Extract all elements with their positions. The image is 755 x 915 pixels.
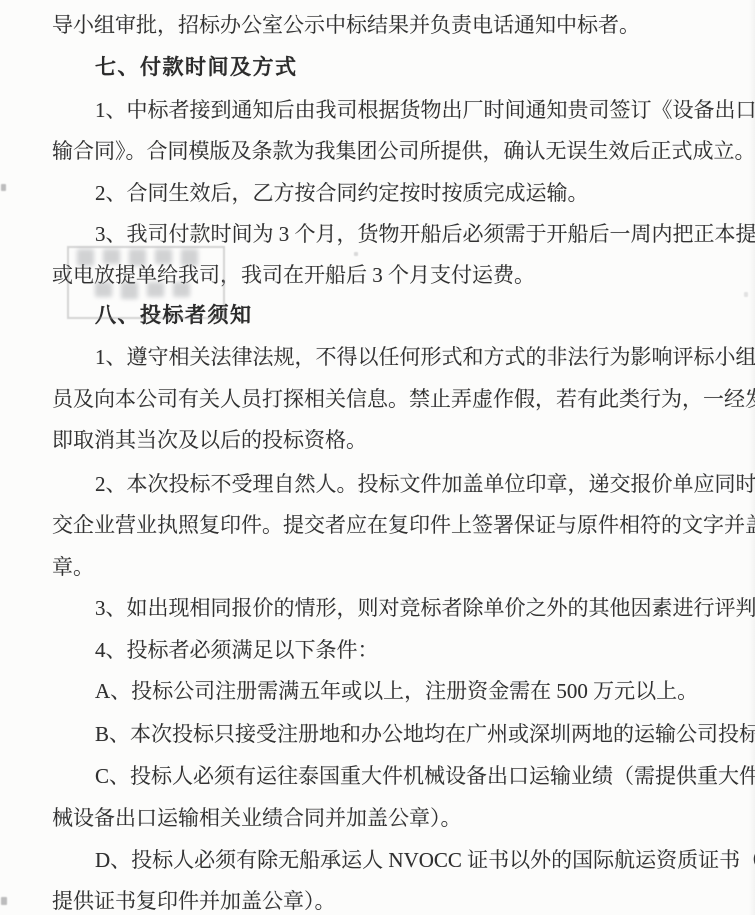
stamp-mark-row xyxy=(77,249,198,266)
document-line: 交企业营业执照复印件。提交者应在复印件上签署保证与原件相符的文字并盖公 xyxy=(52,512,755,538)
document-line: 提供证书复印件并加盖公章）。 xyxy=(52,888,336,914)
document-line: B、本次投标只接受注册地和办公地均在广州或深圳两地的运输公司投标。 xyxy=(95,721,755,747)
document-line: 章。 xyxy=(52,554,94,580)
document-line: 械设备出口运输相关业绩合同并加盖公章）。 xyxy=(52,805,462,831)
faint-stamp-overlay xyxy=(67,246,225,319)
document-line: 4、投标者必须满足以下条件： xyxy=(95,637,379,663)
document-line: 员及向本公司有关人员打探相关信息。禁止弄虚作假，若有此类行为，一经发现， xyxy=(52,386,755,412)
document-line: 2、合同生效后，乙方按合同约定按时按质完成运输。 xyxy=(95,180,589,206)
document-line: 导小组审批，招标办公室公示中标结果并负责电话通知中标者。 xyxy=(52,12,640,38)
document-line: 3、如出现相同报价的情形，则对竞标者除单价之外的其他因素进行评判。 xyxy=(95,595,755,621)
document-line: D、投标人必须有除无船承运人 NVOCC 证书以外的国际航运资质证书（需 xyxy=(95,847,755,873)
section-heading-payment: 七、付款时间及方式 xyxy=(95,55,298,81)
document-page: 导小组审批，招标办公室公示中标结果并负责电话通知中标者。 七、付款时间及方式 1… xyxy=(0,0,755,915)
scan-speck xyxy=(1,184,6,191)
document-line: C、投标人必须有运往泰国重大件机械设备出口运输业绩（需提供重大件机 xyxy=(95,763,755,789)
document-line: 即取消其当次及以后的投标资格。 xyxy=(52,427,367,453)
document-line: 输合同》。合同模版及条款为我集团公司所提供，确认无误生效后正式成立。 xyxy=(52,138,755,164)
document-line: 1、遵守相关法律法规，不得以任何形式和方式的非法行为影响评标小组成 xyxy=(95,344,755,370)
document-line: 2、本次投标不受理自然人。投标文件加盖单位印章，递交报价单应同时递 xyxy=(95,471,755,497)
scan-speck xyxy=(354,252,358,256)
document-line: 1、中标者接到通知后由我司根据货物出厂时间通知贵司签订《设备出口运 xyxy=(95,97,755,123)
scan-speck xyxy=(744,292,748,297)
scan-speck xyxy=(1,897,7,905)
stamp-mark-row xyxy=(95,282,190,299)
document-line: 3、我司付款时间为 3 个月，货物开船后必须需于开船后一周内把正本提单 xyxy=(95,221,755,247)
document-line: A、投标公司注册需满五年或以上，注册资金需在 500 万元以上。 xyxy=(95,678,698,704)
